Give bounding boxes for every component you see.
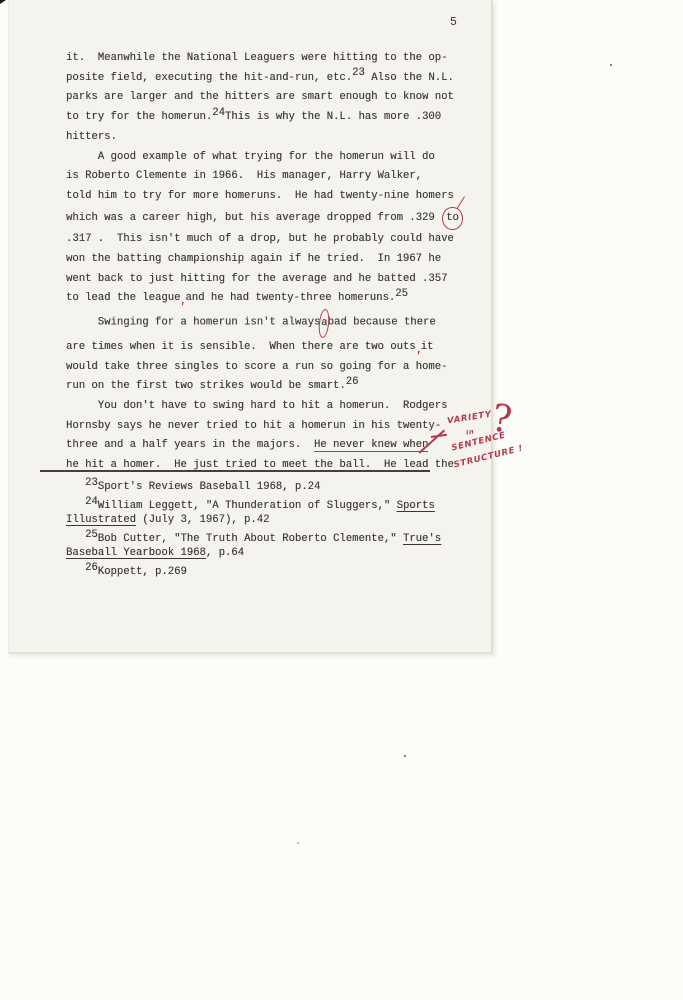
typed-line: won the batting championship again if he… <box>66 250 463 270</box>
footnote: 23Sport's Reviews Baseball 1968, p.24 <box>66 481 441 495</box>
footnote: 26Koppett, p.269 <box>66 566 441 580</box>
typed-line: You don't have to swing hard to hit a ho… <box>66 397 463 417</box>
typed-segment: it. Meanwhile the National Leaguers were… <box>66 52 447 64</box>
footnote-separator-rule <box>40 470 430 472</box>
typed-line: .317 . This isn't much of a drop, but he… <box>66 230 463 250</box>
typed-line: run on the first two strikes would be sm… <box>66 377 463 397</box>
typed-segment: three and a half years in the majors. <box>66 439 314 451</box>
dust-speck <box>404 755 406 757</box>
footnote-ref: 25 <box>85 529 98 541</box>
typed-segment: Swinging for a homerun isn't always <box>66 317 320 329</box>
typed-segment: This is why the N.L. has more .300 <box>225 111 441 123</box>
scan-corner-mark <box>0 0 6 4</box>
typed-line: to try for the homerun.24This is why the… <box>66 108 463 128</box>
typed-line: parks are larger and the hitters are sma… <box>66 88 463 108</box>
underlined-title: Sports <box>397 500 435 512</box>
typed-segment: Sport's Reviews Baseball 1968, p.24 <box>98 481 321 493</box>
typed-line: posite field, executing the hit-and-run,… <box>66 69 463 89</box>
typed-line: hitters. <box>66 128 463 148</box>
typed-line: it. Meanwhile the National Leaguers were… <box>66 49 463 69</box>
footnote-ref: 26 <box>346 376 359 388</box>
typed-segment: run on the first two strikes would be sm… <box>66 380 346 392</box>
typed-segment: to lead the league <box>66 292 180 304</box>
typed-segment: and he had twenty-three homeruns. <box>185 292 395 304</box>
footnote: 24William Leggett, "A Thunderation of Sl… <box>66 500 441 528</box>
margin-note-word: in <box>465 427 475 436</box>
red-circled-char: a <box>317 309 330 339</box>
typed-segment: (July 3, 1967), p.42 <box>136 514 270 526</box>
underlined-title: Baseball Yearbook 1968 <box>66 547 206 559</box>
typed-line: Illustrated (July 3, 1967), p.42 <box>66 514 441 528</box>
red-underlined-text: He never knew when <box>314 439 428 452</box>
typed-segment: which was a career high, but his average… <box>66 212 441 224</box>
typed-line: Baseball Yearbook 1968, p.64 <box>66 547 441 561</box>
typed-line: 25Bob Cutter, "The Truth About Roberto C… <box>66 533 441 547</box>
typed-segment: William Leggett, "A Thunderation of Slug… <box>98 500 397 512</box>
typed-segment <box>66 500 85 512</box>
typed-segment: You don't have to swing hard to hit a ho… <box>66 400 447 412</box>
typed-segment: is Roberto Clemente in 1966. His manager… <box>66 170 422 182</box>
typed-line: he hit a homer. He just tried to meet th… <box>66 456 463 476</box>
footnote-ref: 24 <box>212 107 225 119</box>
typed-line: to lead the league,and he had twenty-thr… <box>66 289 463 309</box>
typed-segment: .317 . This isn't much of a drop, but he… <box>66 233 454 245</box>
typed-line: three and a half years in the majors. He… <box>66 436 463 456</box>
typed-segment: it <box>421 341 434 353</box>
page-number: 5 <box>450 16 457 29</box>
typed-segment: Also the N.L. <box>365 72 454 84</box>
typed-line: 26Koppett, p.269 <box>66 566 441 580</box>
footnote: 25Bob Cutter, "The Truth About Roberto C… <box>66 533 441 561</box>
typed-line: went back to just hitting for the averag… <box>66 270 463 290</box>
typed-segment <box>66 566 85 578</box>
footnote-ref: 23 <box>85 477 98 489</box>
typed-segment <box>66 481 85 493</box>
typed-segment: Koppett, p.269 <box>98 566 187 578</box>
typed-segment: to try for the homerun. <box>66 111 212 123</box>
typed-segment: would take three singles to score a run … <box>66 361 447 373</box>
dust-speck <box>610 64 612 66</box>
typed-segment: hitters. <box>66 131 117 143</box>
typed-segment: A good example of what trying for the ho… <box>66 151 435 163</box>
underlined-title: True's <box>403 533 441 545</box>
typed-line: 23Sport's Reviews Baseball 1968, p.24 <box>66 481 441 495</box>
typed-segment: Hornsby says he never tried to hit a hom… <box>66 420 441 432</box>
typed-body-text: it. Meanwhile the National Leaguers were… <box>66 49 463 476</box>
typed-segment: are times when it is sensible. When ther… <box>66 341 416 353</box>
typed-segment: Bob Cutter, "The Truth About Roberto Cle… <box>98 533 403 545</box>
footnotes-block: 23Sport's Reviews Baseball 1968, p.24 24… <box>66 481 441 586</box>
typed-segment: won the batting championship again if he… <box>66 253 441 265</box>
footnote-ref: 26 <box>85 562 98 574</box>
typed-line: Swinging for a homerun isn't alwaysabad … <box>66 309 463 338</box>
scanned-document: 5 it. Meanwhile the National Leaguers we… <box>0 0 683 1000</box>
typed-line: would take three singles to score a run … <box>66 358 463 378</box>
footnote-ref: 25 <box>395 288 408 300</box>
red-circled-word: to <box>442 207 463 231</box>
typed-segment: the <box>428 459 453 471</box>
typed-segment: parks are larger and the hitters are sma… <box>66 91 454 103</box>
typed-line: are times when it is sensible. When ther… <box>66 338 463 358</box>
typed-segment: , p.64 <box>206 547 244 559</box>
typed-segment: told him to try for more homeruns. He ha… <box>66 190 454 202</box>
typed-line: is Roberto Clemente in 1966. His manager… <box>66 167 463 187</box>
typed-line: Hornsby says he never tried to hit a hom… <box>66 417 463 437</box>
underlined-title: Illustrated <box>66 514 136 526</box>
typed-segment <box>66 533 85 545</box>
typed-line: told him to try for more homeruns. He ha… <box>66 187 463 207</box>
typed-segment: went back to just hitting for the averag… <box>66 273 447 285</box>
typed-line: which was a career high, but his average… <box>66 207 463 231</box>
typed-line: A good example of what trying for the ho… <box>66 148 463 168</box>
typed-segment: posite field, executing the hit-and-run,… <box>66 72 352 84</box>
footnote-ref: 24 <box>85 496 98 508</box>
dust-speck <box>297 842 299 844</box>
typed-segment: bad because there <box>328 317 436 329</box>
typed-line: 24William Leggett, "A Thunderation of Sl… <box>66 500 441 514</box>
footnote-ref: 23 <box>352 67 365 79</box>
